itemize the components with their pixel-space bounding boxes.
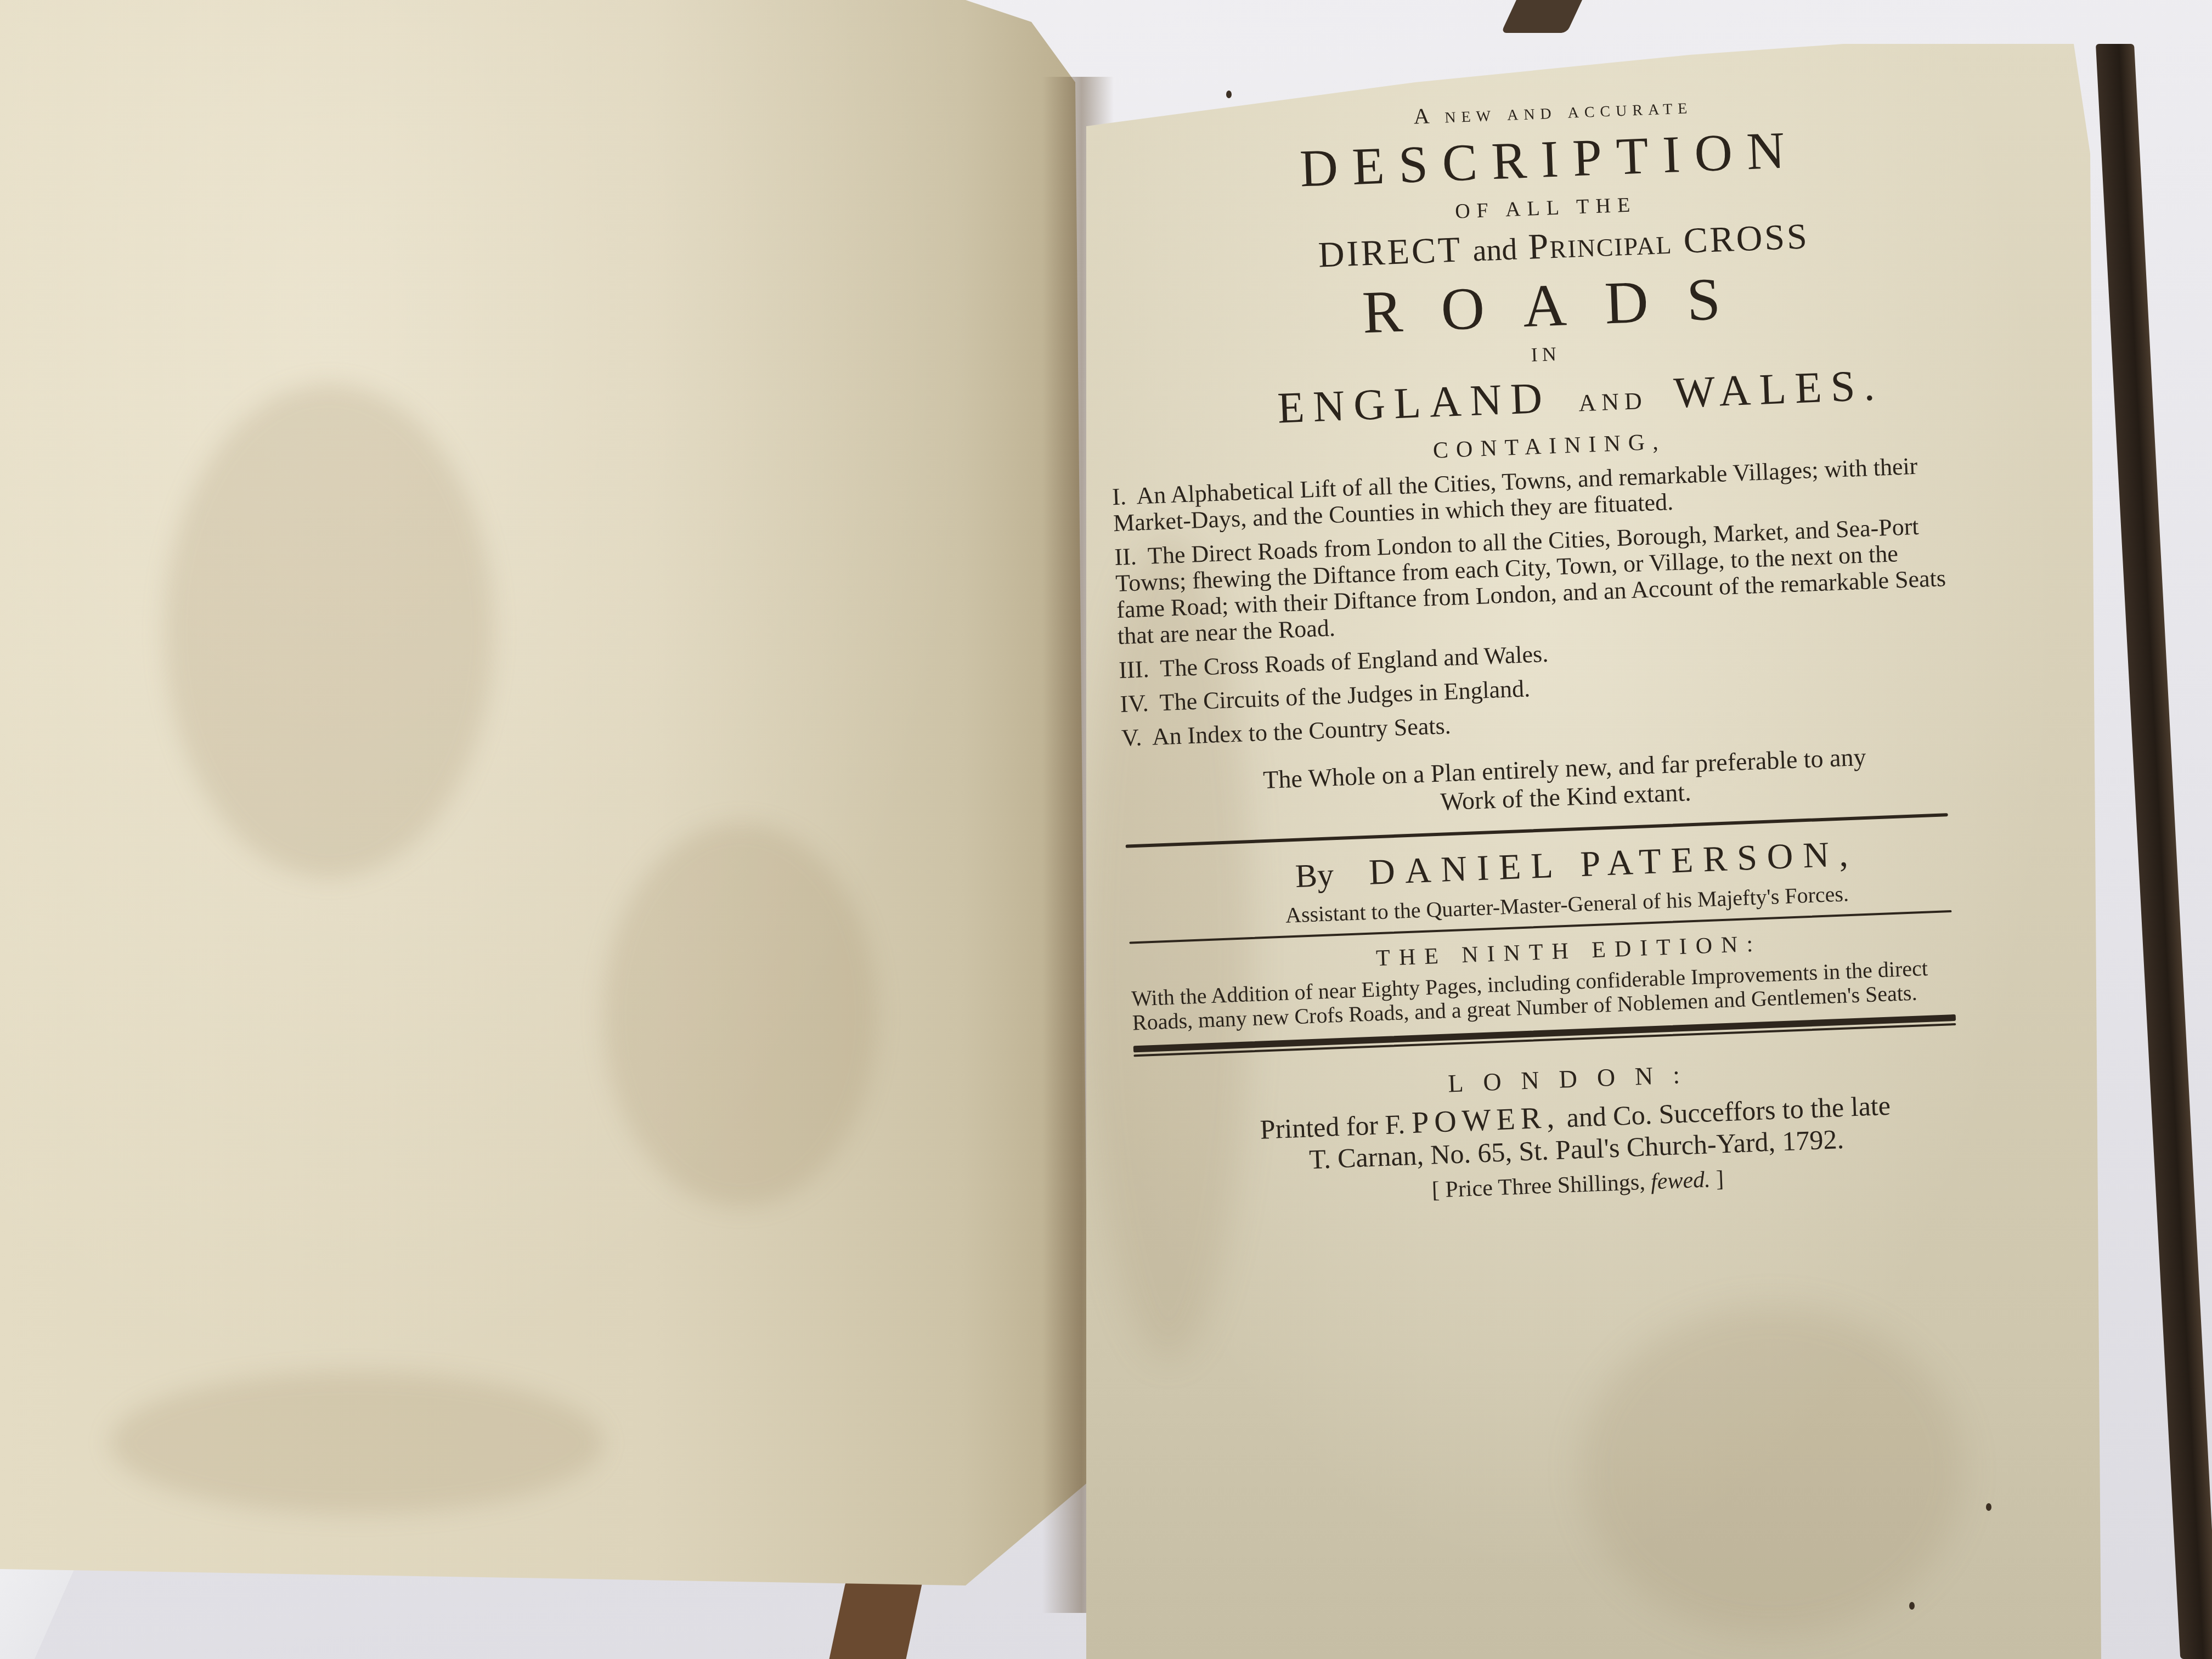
contents-item-number: V.: [1121, 724, 1142, 751]
title-direct: DIRECT: [1318, 229, 1463, 275]
contents-item: II. The Direct Roads from London to all …: [1114, 512, 1951, 650]
title-cross: CROSS: [1683, 216, 1810, 261]
ink-speck: [1986, 1503, 1991, 1511]
contents-item-number: I.: [1111, 483, 1127, 510]
contents-item-text: The Cross Roads of England and Wales.: [1160, 640, 1549, 682]
left-page-blank: [0, 0, 1092, 1585]
contents-list: I. An Alphabetical Lift of all the Citie…: [1111, 452, 1955, 752]
contents-item-text: The Circuits of the Judges in England.: [1159, 675, 1531, 716]
imprint-publisher: POWER,: [1411, 1101, 1560, 1140]
title-england: ENGLAND: [1277, 374, 1552, 432]
title-and: and: [1472, 233, 1517, 268]
imprint-printed-for: Printed for F.: [1260, 1109, 1406, 1145]
title-and-2: AND: [1578, 387, 1647, 417]
price-sewed: fewed.: [1650, 1167, 1711, 1194]
contents-item-number: IV.: [1120, 690, 1149, 718]
title-principal: Principal: [1527, 222, 1673, 267]
whole-plan-statement: The Whole on a Plan entirely new, and fa…: [1123, 737, 2008, 828]
title-wales: WALES.: [1673, 361, 1884, 417]
contents-item-number: II.: [1114, 543, 1137, 571]
contents-item-text: The Direct Roads from London to all the …: [1115, 513, 1946, 650]
ink-speck: [1226, 91, 1232, 98]
paper-stain: [110, 1372, 603, 1514]
ink-speck: [1909, 1602, 1915, 1610]
author-by: By: [1295, 856, 1335, 894]
paper-stain: [603, 823, 878, 1207]
contents-item-number: III.: [1118, 656, 1149, 684]
contents-item-text: An Index to the Country Seats.: [1152, 712, 1452, 751]
title-page-text: A new and accurate DESCRIPTION OF ALL TH…: [1092, 82, 2023, 1215]
price-close-bracket: ]: [1716, 1166, 1724, 1192]
paper-stain: [165, 384, 494, 878]
paper-stain: [1580, 1306, 1964, 1635]
